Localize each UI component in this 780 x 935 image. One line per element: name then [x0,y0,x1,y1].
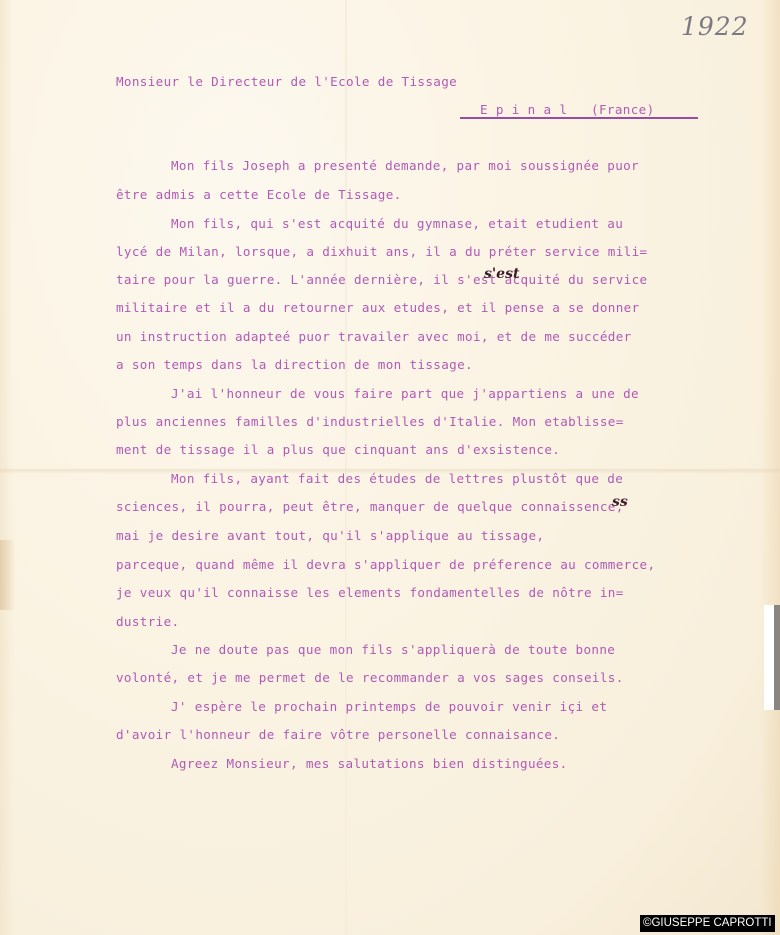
letter-line: être admis a cette Ecole de Tissage. [116,189,402,202]
letter-line: mai je desire avant tout, qu'il s'appliq… [116,530,544,543]
letter-line: un instruction adapteé puor travailer av… [116,331,632,344]
ink-correction: s'est [484,266,519,282]
copyright-watermark: ©GIUSEPPE CAPROTTI [640,915,775,932]
paper-tear-shadow [774,605,780,710]
paper-tear-highlight [764,605,774,710]
letter-line: Mon fils, qui s'est acquité du gymnase, … [171,218,623,231]
letter-line: Mon fils Joseph a presenté demande, par … [171,160,639,173]
city-line: E p i n a l (France) [480,104,655,117]
letter-line: lycé de Milan, lorsque, a dixhuit ans, i… [116,246,647,259]
letter-line: J' espère le prochain printemps de pouvo… [171,701,607,714]
letter-line: Mon fils, ayant fait des études de lettr… [171,473,623,486]
letter-line: Agreez Monsieur, mes salutations bien di… [171,758,568,771]
letter-line: dustrie. [116,616,179,629]
letter-line: d'avoir l'honneur de faire vôtre persone… [116,729,560,742]
letter-line: sciences, il pourra, peut être, manquer … [116,501,624,514]
letter-line: plus anciennes familles d'industrielles … [116,416,624,429]
city-underline [460,117,698,119]
letter-line: je veux qu'il connaisse les elements fon… [116,587,624,600]
letter-line: J'ai l'honneur de vous faire part que j'… [171,388,639,401]
paper-fold-crease [345,0,347,935]
letter-line: Je ne doute pas que mon fils s'appliquer… [171,644,615,657]
letter-line: ment de tissage il a plus que cinquant a… [116,444,560,457]
ink-correction: ss [612,494,628,510]
letter-line: parceque, quand même il devra s'applique… [116,559,655,572]
addressee-line: Monsieur le Directeur de l'Ecole de Tiss… [116,76,457,89]
letter-line: taire pour la guerre. L'année dernière, … [116,274,647,287]
letter-line: volonté, et je me permet de le recommand… [116,672,624,685]
paper-background [0,0,780,935]
letter-line: a son temps dans la direction de mon tis… [116,359,473,372]
letter-line: militaire et il a du retourner aux etude… [116,302,640,315]
paper-edge-stain [0,540,16,610]
handwritten-year: 1922 [681,12,749,41]
